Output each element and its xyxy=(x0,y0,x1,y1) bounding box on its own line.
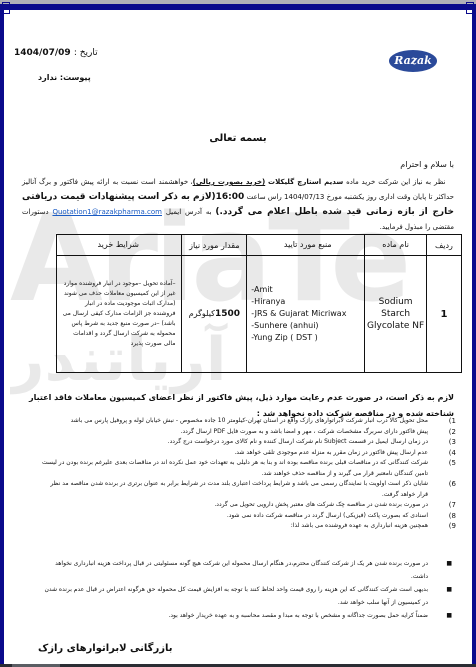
source-item: -JRS & Gujarat Micriwax xyxy=(251,308,364,320)
rule-item: 7)در صورت برنده شدن در مناقصه چک شرکت ها… xyxy=(40,500,456,511)
bismillah-heading: بسمه تعالی xyxy=(0,133,476,144)
corner-ornament-left xyxy=(2,2,10,14)
header-row-number: ردیف xyxy=(426,235,461,256)
cell-row-number: 1 xyxy=(426,256,461,373)
cell-purchase-terms: –آماده تحویل –موجود در انبار فروشنده موا… xyxy=(57,256,182,373)
header-quantity: مقدار مورد نیاز xyxy=(182,235,247,256)
razak-logo: Razak xyxy=(389,50,437,72)
table-row: 1 Sodium Starch Glycolate NF -Amit -Hira… xyxy=(57,256,462,373)
bullet-icon: ■ xyxy=(446,609,452,622)
signature: بازرگانی لابراتوارهای رازک xyxy=(38,643,173,654)
note-item: ■در صورت برنده شدن هر یک از شرکت کنندگان… xyxy=(40,557,456,583)
header-material-name: نام ماده xyxy=(365,235,427,256)
attachment-value: ندارد xyxy=(38,73,57,82)
date-line: تاریخ : 1404/07/09 xyxy=(14,48,98,58)
quantity-number: 1500 xyxy=(215,309,240,319)
deadline-time: 16:00 xyxy=(216,192,245,202)
notes-list: ■در صورت برنده شدن هر یک از شرکت کنندگان… xyxy=(40,557,456,622)
rule-item: 6)شایان ذکر است اولویت با نمایندگان رسمی… xyxy=(40,479,456,500)
header-purchase-terms: شرایط خرید xyxy=(57,235,182,256)
greeting: با سلام و احترام xyxy=(400,160,454,169)
source-item: -Hiranya xyxy=(251,296,364,308)
items-table: ردیف نام ماده منبع مورد تایید مقدار مورد… xyxy=(56,234,462,373)
source-item: -Yung Zip ( DST ) xyxy=(251,332,364,344)
attachment-label: پیوست: xyxy=(60,73,91,82)
corner-ornament-right xyxy=(466,2,474,14)
note-item: ■ضمناً کرایه حمل بصورت جداگانه و مشخص با… xyxy=(40,609,456,622)
table-header-row: ردیف نام ماده منبع مورد تایید مقدار مورد… xyxy=(57,235,462,256)
para-part3: راس ساعت xyxy=(247,193,282,201)
rule-item: 9)همچنین هزینه انبارداری به عهده فروشنده… xyxy=(40,521,456,532)
para-part4: به آدرس ایمیل xyxy=(166,208,212,216)
date-label: تاریخ : xyxy=(74,48,98,58)
rules-list: 1)محل تحویل کالا درب انبار شرکت لابراتوا… xyxy=(40,416,456,532)
rule-item: 2)پیش فاکتور دارای سربرگ مشخصات شرکت ، م… xyxy=(40,427,456,438)
deadline-date: 1404/07/13 xyxy=(284,193,324,201)
source-item: -Sunhere (anhui) xyxy=(251,320,364,332)
rule-item: 4)عدم ارسال پیش فاکتور در زمان مقرر به م… xyxy=(40,448,456,459)
rule-item: 8)اسنادی که بصورت پاکت (فیزیکی) ارسال گر… xyxy=(40,511,456,522)
note-item: ■بدیهی است شرکت کنندگانی که این هزینه را… xyxy=(40,583,456,609)
bullet-icon: ■ xyxy=(446,583,452,596)
cell-approved-sources: -Amit -Hiranya -JRS & Gujarat Micriwax -… xyxy=(247,256,365,373)
date-value: 1404/07/09 xyxy=(14,48,71,58)
request-paragraph: نظر به نیاز این شرکت خرید ماده سدیم استا… xyxy=(22,175,454,235)
purchase-type: (خرید بصورت ریالی) xyxy=(193,178,266,186)
rule-item: 1)محل تحویل کالا درب انبار شرکت لابراتوا… xyxy=(40,416,456,427)
bullet-icon: ■ xyxy=(446,557,452,570)
cell-quantity: 1500کیلوگرم xyxy=(182,256,247,373)
rule-item: 3)در زمان ارسال ایمیل در قسمت Subject نا… xyxy=(40,437,456,448)
para-part1: نظر به نیاز این شرکت خرید ماده xyxy=(346,178,445,186)
quotation-email-link[interactable]: Quotation1@razakpharma.com xyxy=(52,208,162,216)
material-name: سدیم استارچ گلیکلات xyxy=(268,178,343,186)
rule-item: 5)شرکت کنندگانی که در مناقصات قبلی برنده… xyxy=(40,458,456,479)
header-approved-sources: منبع مورد تایید xyxy=(247,235,365,256)
attachment-line: پیوست: ندارد xyxy=(38,73,91,82)
top-border-bar xyxy=(4,4,472,10)
source-item: -Amit xyxy=(251,284,364,296)
cell-material-name: Sodium Starch Glycolate NF xyxy=(365,256,427,373)
quantity-unit: کیلوگرم xyxy=(189,309,215,318)
